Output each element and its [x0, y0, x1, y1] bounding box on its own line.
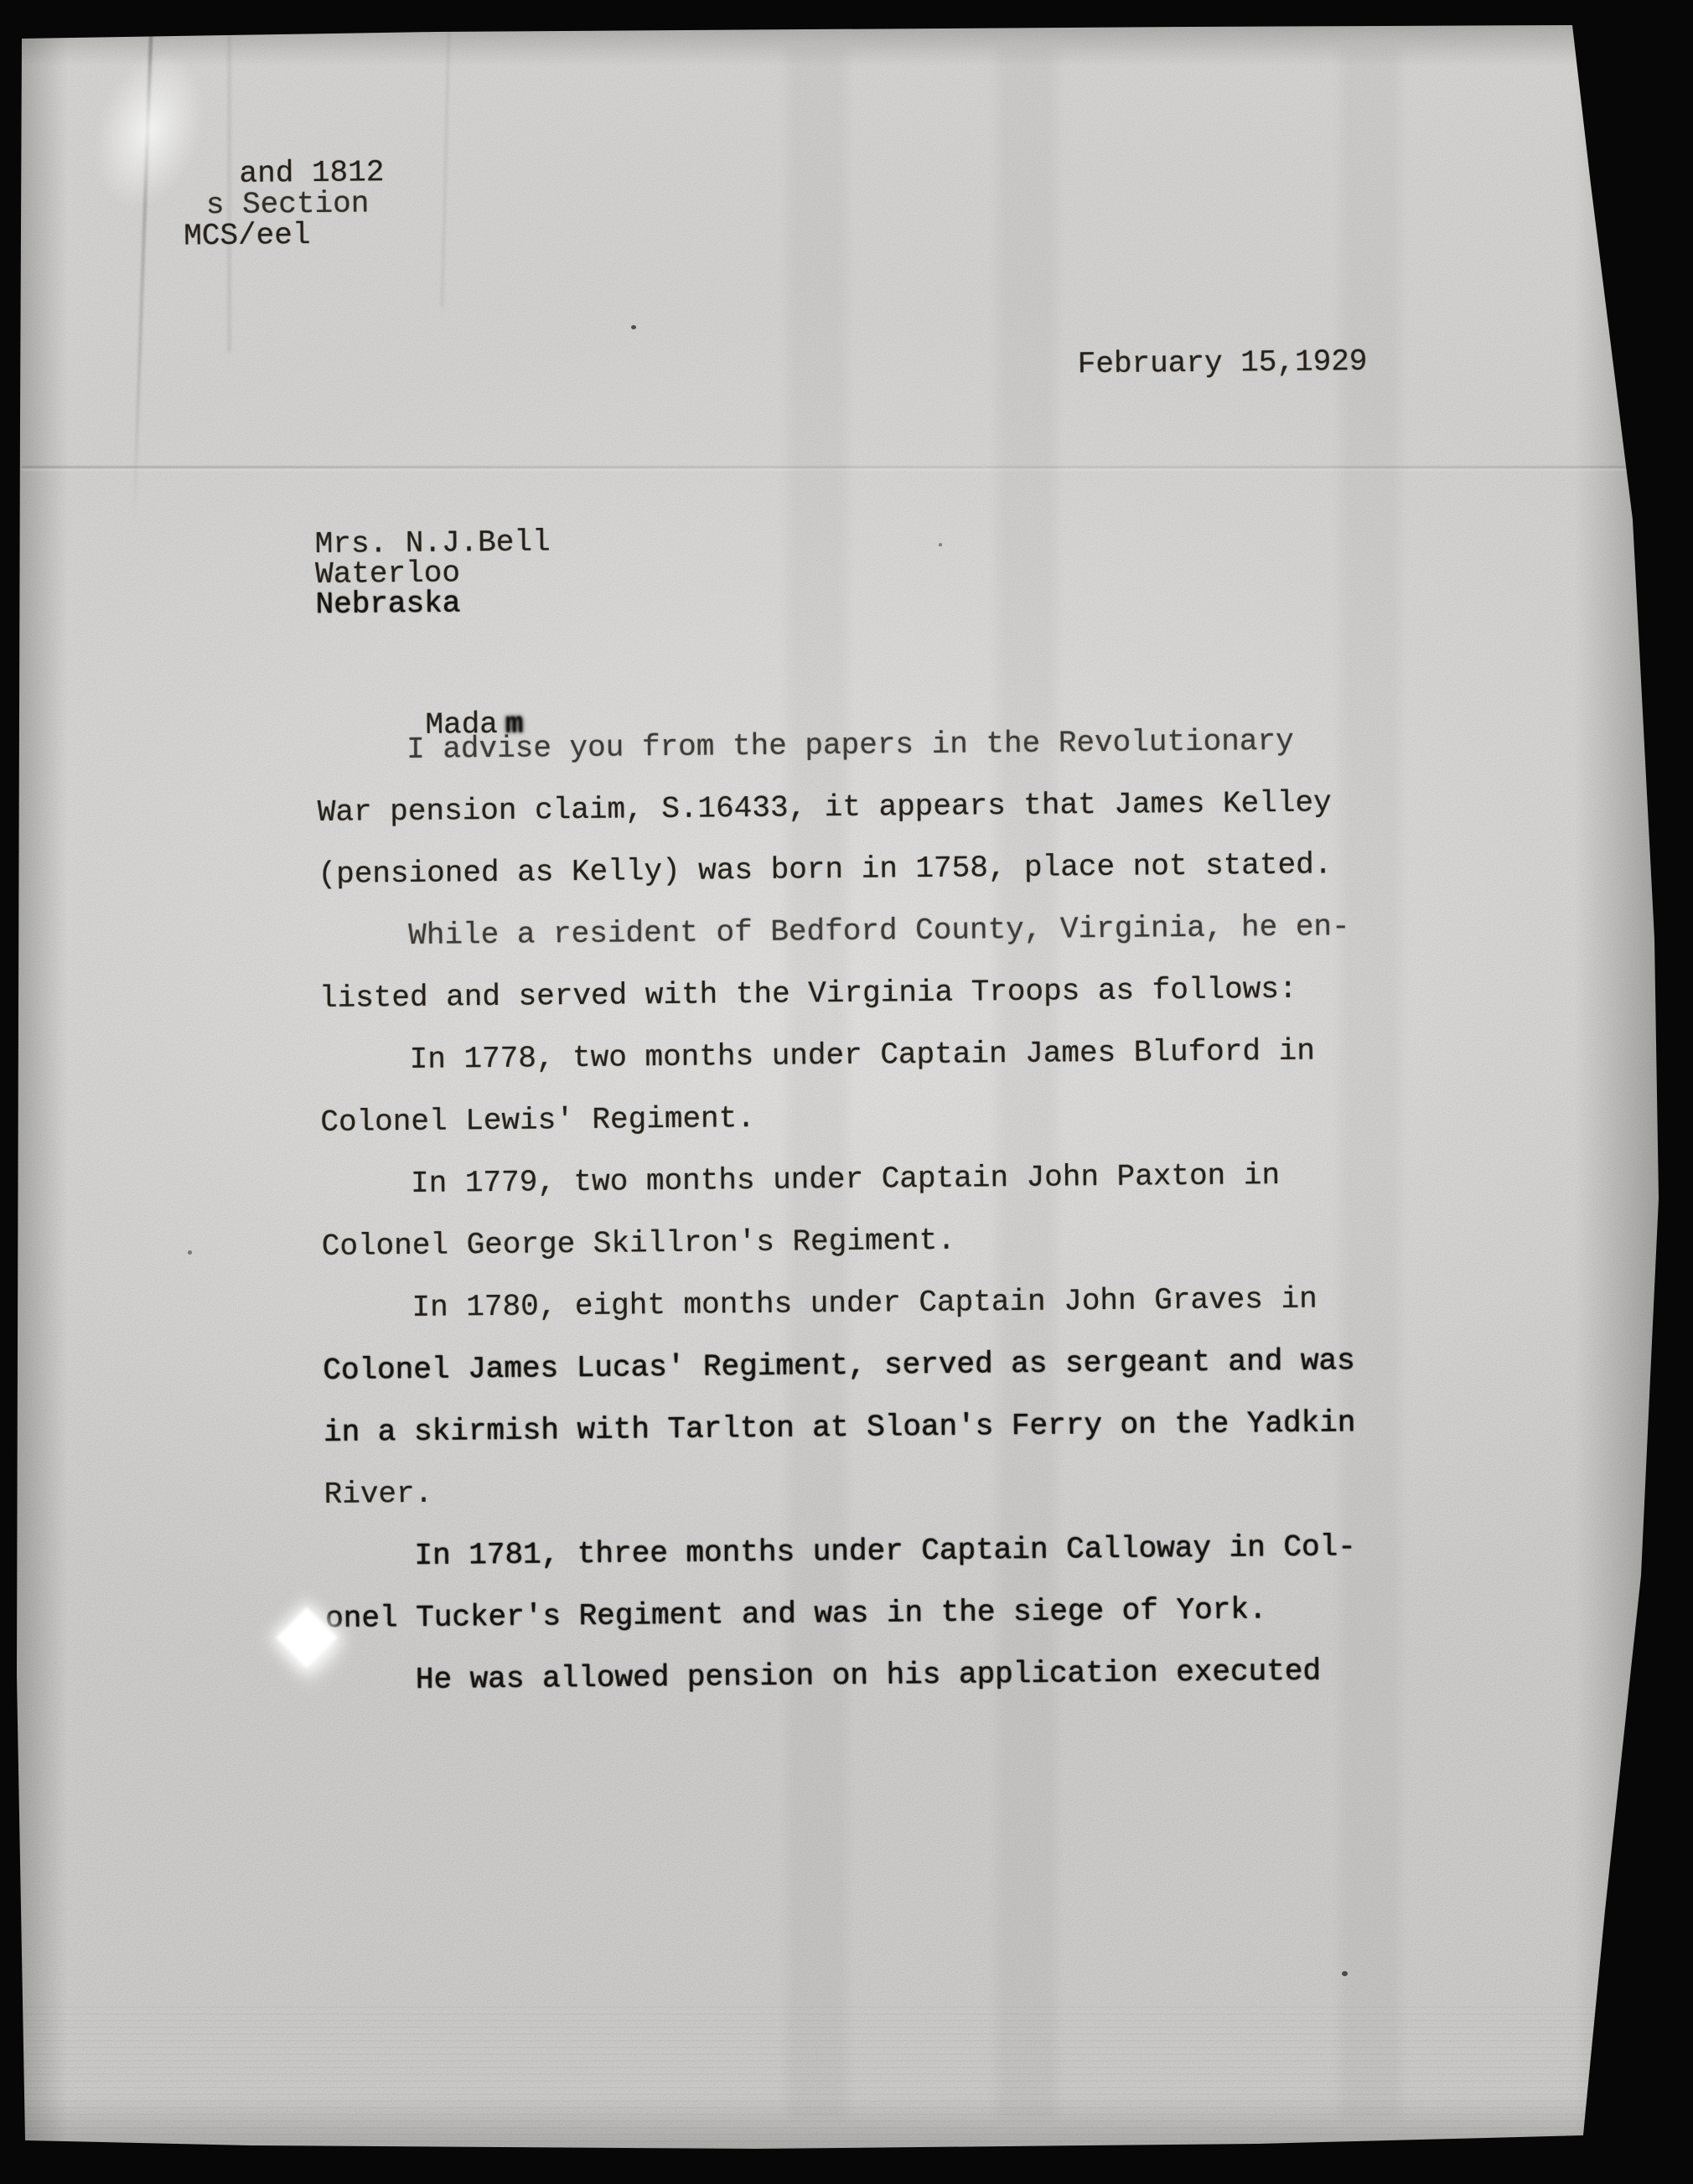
- date-line: February 15,1929: [1078, 347, 1368, 380]
- letter-line: War pension claim, S.16433, it appears t…: [318, 772, 1350, 844]
- letter-line: Colonel George Skillron's Regiment.: [321, 1206, 1354, 1278]
- letterhead-line: and 1812: [183, 157, 384, 189]
- letter-line: In 1780, eight months under Captain John…: [322, 1268, 1354, 1340]
- letter-line: In 1779, two months under Captain John P…: [321, 1144, 1354, 1216]
- letter-body: I advise you from the papers in the Revo…: [317, 710, 1359, 1712]
- letter-line: I advise you from the papers in the Revo…: [317, 710, 1349, 782]
- letter-line: In 1781, three months under Captain Call…: [324, 1516, 1357, 1588]
- recipient-line: Nebraska: [315, 587, 551, 620]
- letter-line: (pensioned as Kelly) was born in 1758, p…: [318, 834, 1350, 906]
- letter-line: River.: [324, 1454, 1356, 1526]
- letter-line: He was allowed pension on his applicatio…: [325, 1640, 1358, 1712]
- letter-line: While a resident of Bedford County, Virg…: [318, 896, 1351, 968]
- letter-line: in a skirmish with Tarlton at Sloan's Fe…: [324, 1392, 1356, 1464]
- letter-line: Colonel James Lucas' Regiment, served as…: [323, 1330, 1355, 1402]
- letter-line: Colonel Lewis' Regiment.: [320, 1082, 1353, 1154]
- letterhead-line: MCS/eel: [184, 219, 385, 251]
- recipient-line: Waterloo: [315, 557, 551, 590]
- letterhead-stamp: and 1812s SectionMCS/eel: [183, 157, 385, 251]
- letter-line: listed and served with the Virginia Troo…: [319, 958, 1352, 1030]
- letter-line: onel Tucker's Regiment and was in the si…: [325, 1578, 1358, 1650]
- letter-paper: and 1812s SectionMCS/eel February 15,192…: [0, 0, 1693, 2184]
- recipient-address: Mrs. N.J.BellWaterlooNebraska: [315, 527, 551, 620]
- scanned-letter-page: { "scan": { "background_color": "#070707…: [0, 0, 1693, 2184]
- letterhead-line: s Section: [184, 188, 385, 220]
- letter-content: and 1812s SectionMCS/eel February 15,192…: [0, 0, 1693, 2184]
- letter-line: In 1778, two months under Captain James …: [319, 1020, 1352, 1092]
- recipient-line: Mrs. N.J.Bell: [315, 527, 551, 560]
